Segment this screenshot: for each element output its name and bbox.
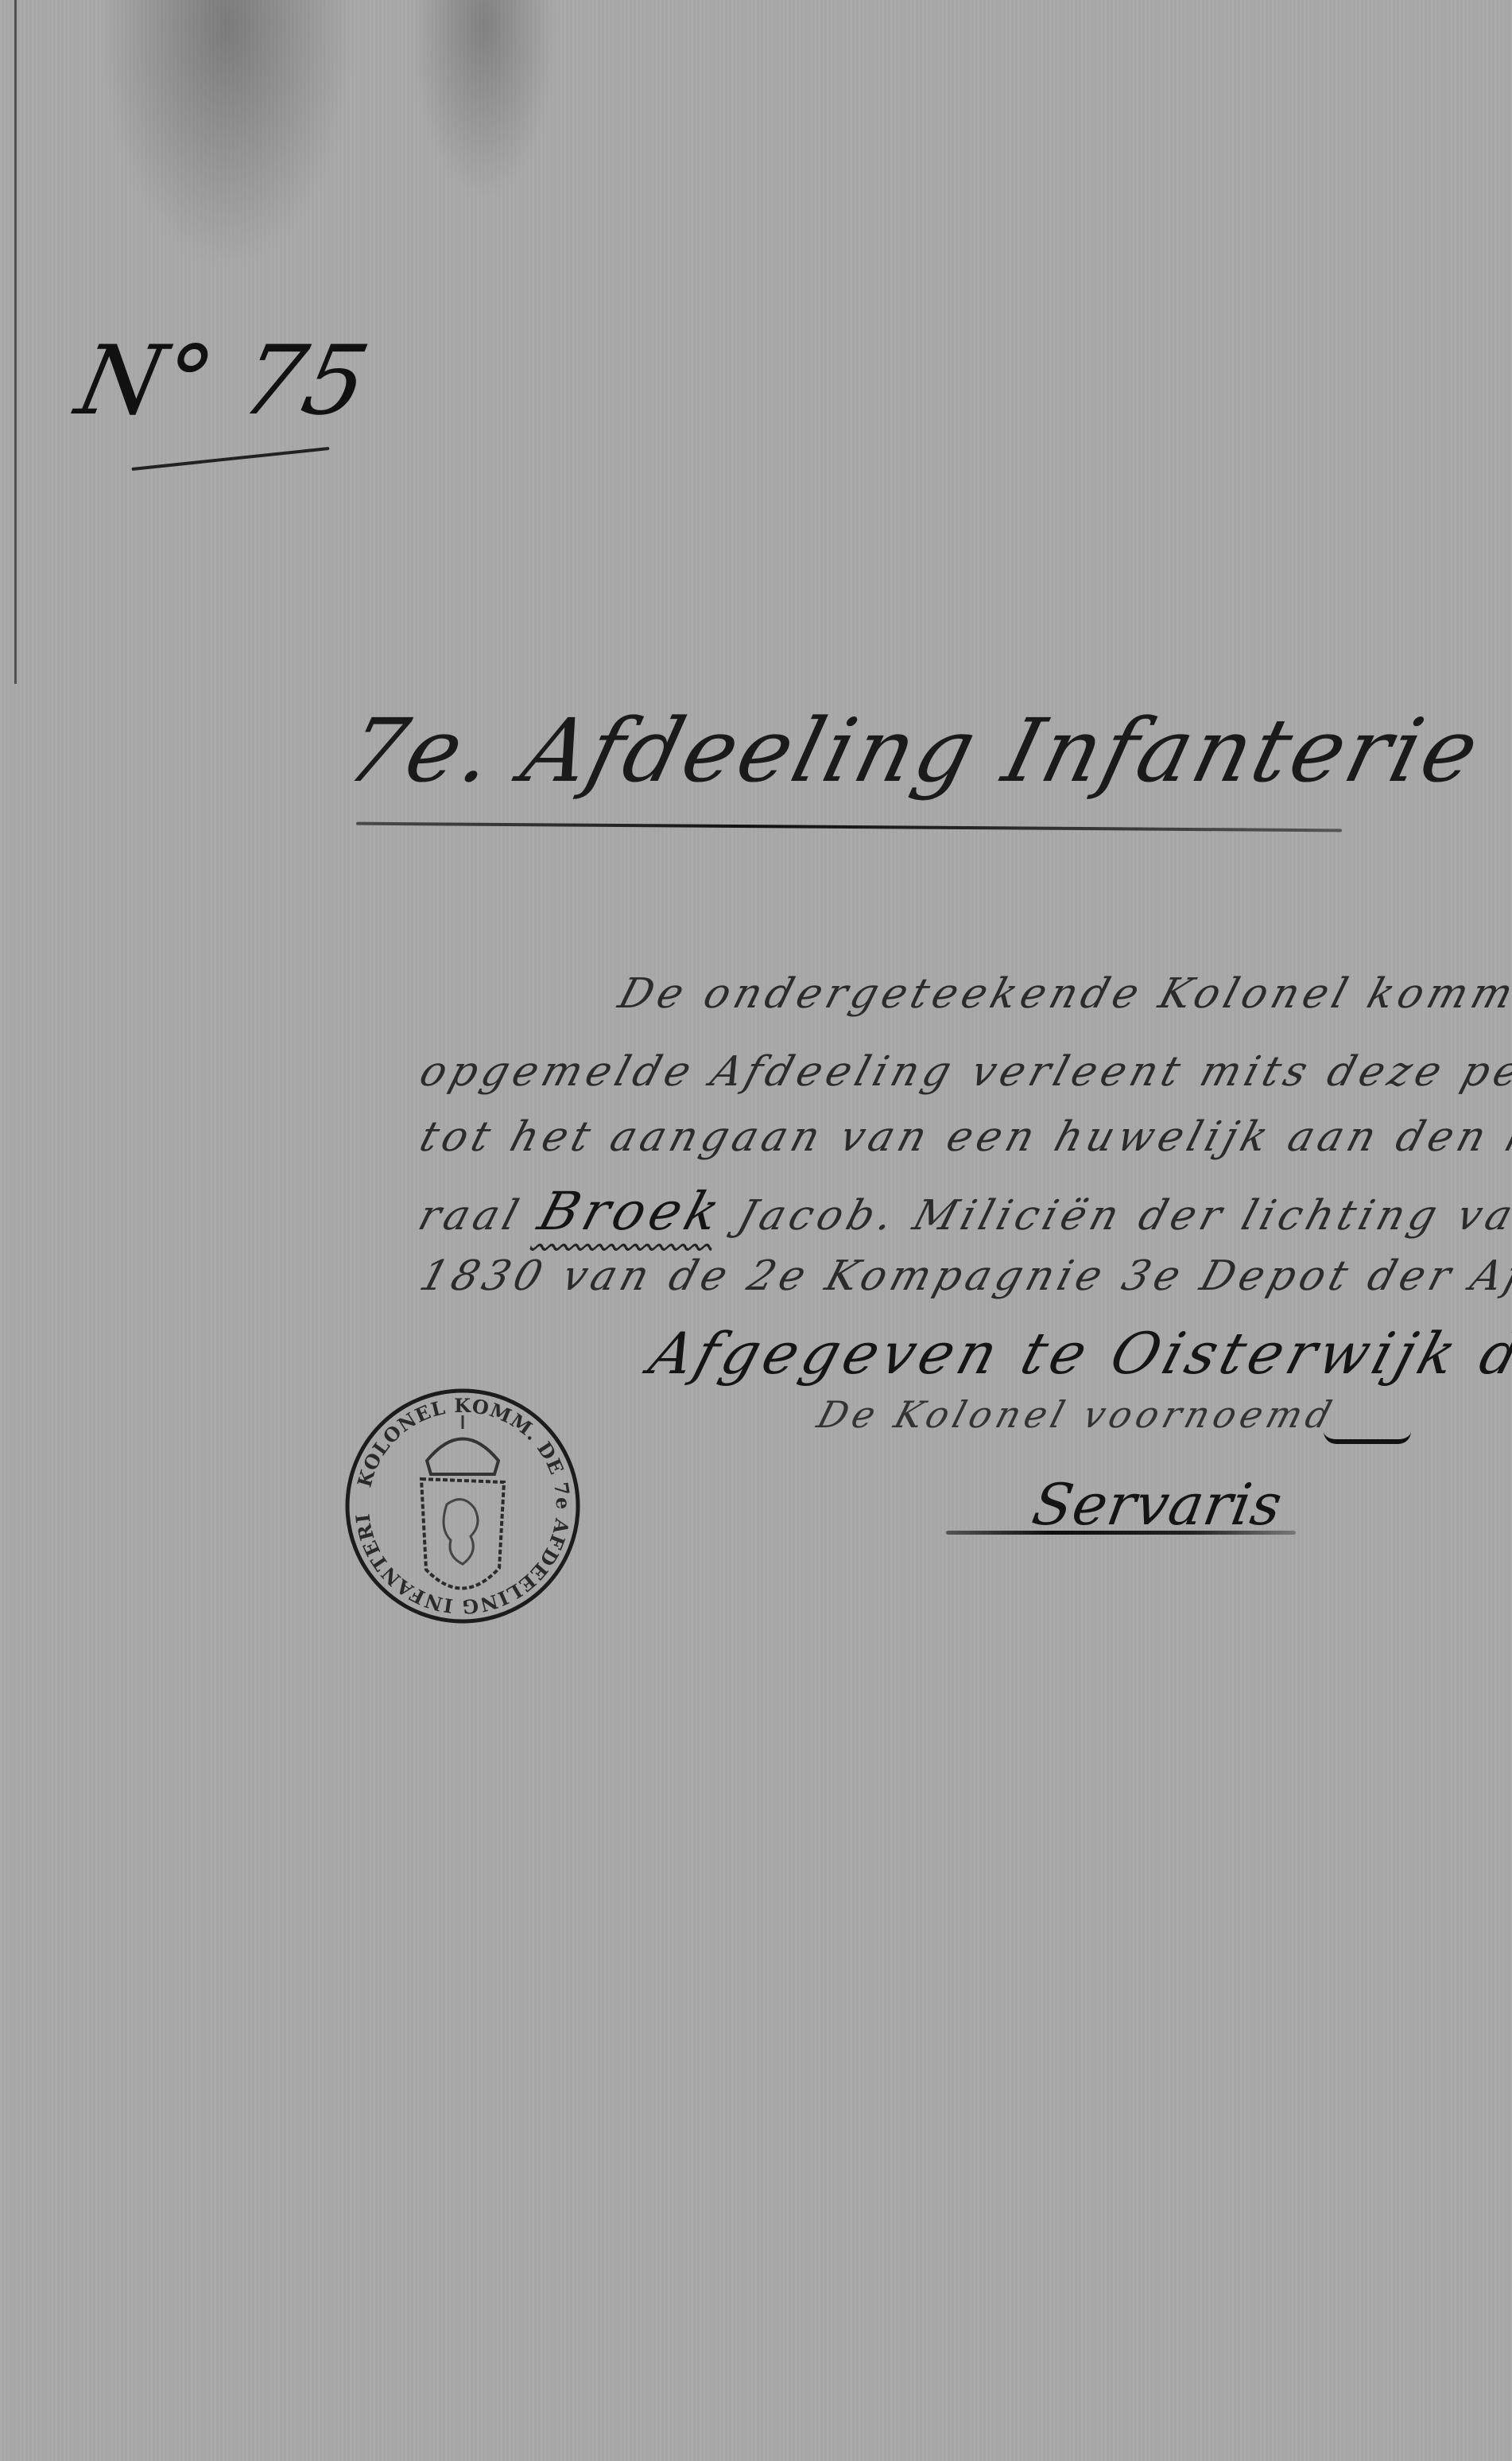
body-line-3: tot het aangaan van een huwelijk aan den… (414, 1113, 1512, 1161)
document-number: N° 75 (68, 326, 378, 437)
body-line-4-suffix: Jacob. Miliciën der lichting van (732, 1192, 1512, 1240)
place-date: Afgegeven te Oisterwijk den 5 Mei 1835 (642, 1320, 1512, 1387)
body-line-2: opgemelde Afdeeling verleent mits deze p… (414, 1048, 1512, 1096)
surname: Broek (532, 1181, 731, 1242)
body-line-4: raal Broek Jacob. Miliciën der lichting … (413, 1181, 1512, 1242)
body-line-1: De ondergeteekende Kolonel kommanderende (613, 970, 1512, 1018)
body-line-5: 1830 van de 2e Kompagnie 3e Depot der Af… (414, 1252, 1512, 1300)
signature-underline (946, 1531, 1296, 1535)
closing-flourish (1324, 1431, 1411, 1444)
document-title: 7e. Afdeeling Infanterie (337, 700, 1491, 802)
page-edge-line (14, 0, 17, 684)
body-line-4-prefix: raal (413, 1192, 529, 1240)
signature: Servaris (1028, 1471, 1288, 1538)
seal-stamp-icon: KOLONEL KOMM. DE 7e AFDEELING INFANTERIE (343, 1385, 582, 1628)
closing-title: De Kolonel voornoemd (812, 1393, 1341, 1436)
